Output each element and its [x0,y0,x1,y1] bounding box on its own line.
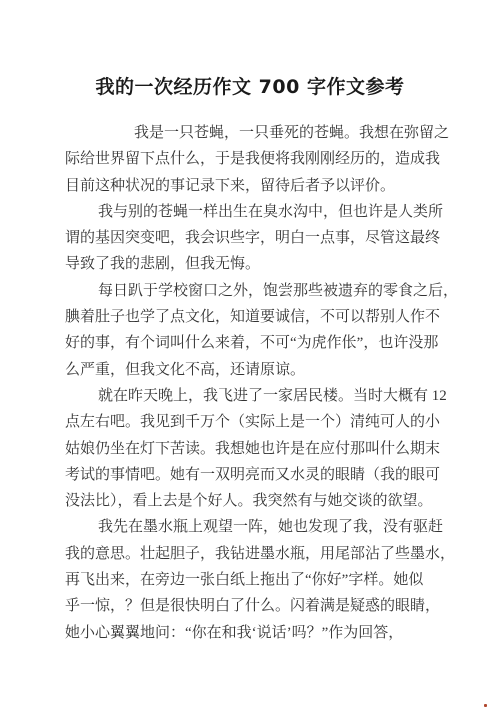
essay-line: 再飞出来，在旁边一张白纸上拖出了“你好”字样。她似 [65,567,443,593]
essay-line: 每日趴于学校窗口之外，饱尝那些被遗弃的零食之后， [65,278,443,304]
essay-line: 考试的事情吧。她有一双明亮而又水灵的眼睛（我的眼可 [65,462,443,488]
essay-line: 导致了我的悲剧，但我无悔。 [65,251,443,277]
essay-line: 我与别的苍蝇一样出生在臭水沟中，但也许是人类所 [65,199,443,225]
essay-line: 我的意思。壮起胆子，我钻进墨水瓶，用尾部沾了些墨水， [65,541,443,567]
essay-line: 姑娘仍坐在灯下苦读。我想她也许是在应付那叫什么期末 [65,436,443,462]
essay-line: 乎一惊，？但是很快明白了什么。闪着满是疑惑的眼睛， [65,593,443,619]
essay-line: 点左右吧。我见到千万个（实际上是一个）清纯可人的小 [65,409,443,435]
essay-line: 目前这种状况的事记录下来，留待后者予以评价。 [65,173,443,199]
corner-dot-mark [484,704,487,707]
essay-line: 我先在墨水瓶上观望一阵，她也发现了我，没有驱赶 [65,514,443,540]
document-page: 我的一次经历作文 700 字作文参考 我是一只苍蝇，一只垂死的苍蝇。我想在弥留之… [0,0,500,708]
essay-line: 谓的基因突变吧，我会识些字，明白一点事，尽管这最终 [65,225,443,251]
essay-line: 就在昨天晚上，我飞进了一家居民楼。当时大概有 12 [65,383,443,409]
essay-line: 么严重，但我文化不高，还请原谅。 [65,357,443,383]
essay-line: 好的事，有个词叫什么来着，不可“为虎作伥”，也许没那 [65,330,443,356]
essay-line: 我是一只苍蝇，一只垂死的苍蝇。我想在弥留之 [65,120,443,146]
essay-line: 腆着肚子也学了点文化，知道要诚信，不可以帮别人作不 [65,304,443,330]
essay-line: 没法比），看上去是个好人。我突然有与她交谈的欲望。 [65,488,443,514]
essay-body: 我是一只苍蝇，一只垂死的苍蝇。我想在弥留之际给世界留下点什么，于是我便将我刚刚经… [65,120,443,646]
essay-line: 际给世界留下点什么，于是我便将我刚刚经历的，造成我 [65,146,443,172]
essay-line: 她小心翼翼地问：“你在和我‘说话’吗？”作为回答， [65,620,443,646]
essay-title: 我的一次经历作文 700 字作文参考 [0,72,500,99]
